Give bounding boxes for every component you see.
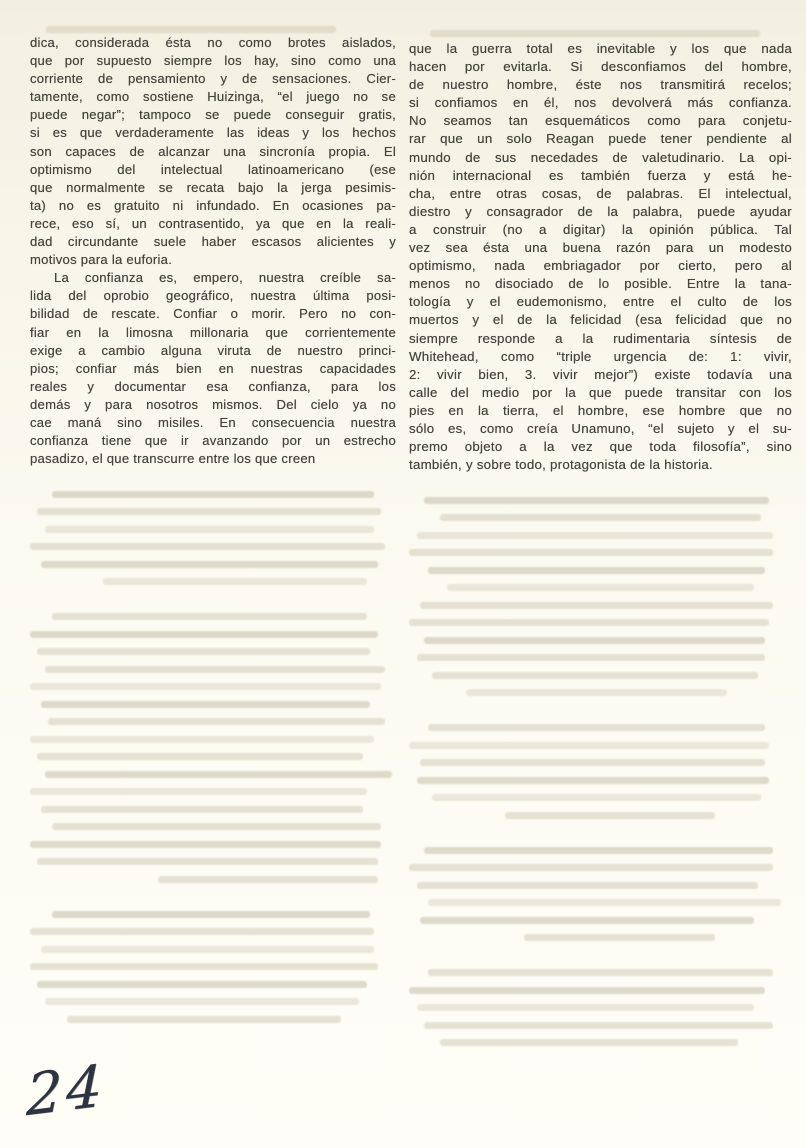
bleed-through-line	[30, 555, 396, 573]
text-line: pasadizo, el que transcurre entre los qu…	[30, 450, 396, 468]
left-bleed-through-block	[30, 485, 396, 1028]
bleed-through-line	[30, 503, 396, 521]
bleed-through-line	[30, 538, 396, 556]
bleed-through-line	[30, 678, 396, 696]
bleed-through-line	[409, 1016, 792, 1034]
bleed-through-line	[30, 748, 396, 766]
bleed-through-line	[409, 789, 792, 807]
bleed-through-line	[30, 765, 396, 783]
bleed-through-line	[409, 964, 792, 982]
text-line: motivos para la euforia.	[30, 251, 396, 269]
text-line: también, y sobre todo, protagonista de l…	[409, 456, 792, 474]
bleed-through-line	[409, 981, 792, 999]
text-line: mundo de sus necedades de valetudinario.…	[409, 149, 792, 167]
bleed-through-line	[46, 26, 336, 33]
right-column-text: que la guerra total es inevitable y los …	[409, 40, 792, 474]
bleed-through-line	[409, 526, 792, 544]
bleed-through-line	[30, 818, 396, 836]
text-line: 2: vivir bien, 3. vivir mejor”) existe t…	[409, 366, 792, 384]
bleed-through-line	[409, 649, 792, 667]
bleed-through-line	[30, 660, 396, 678]
bleed-through-line	[409, 929, 792, 947]
bleed-through-line	[30, 730, 396, 748]
bleed-through-line	[409, 911, 792, 929]
text-line: rece, eso sí, un contrasentido, ya que e…	[30, 215, 396, 233]
two-column-text: dica, considerada ésta no como brotes ai…	[0, 0, 806, 1051]
bleed-through-line	[30, 940, 396, 958]
bleed-through-gap	[30, 590, 396, 608]
right-bleed-through-block	[409, 491, 792, 1051]
bleed-through-line	[409, 859, 792, 877]
bleed-through-line	[409, 876, 792, 894]
bleed-through-line	[409, 666, 792, 684]
text-line: diestro y consagrador de la palabra, pue…	[409, 203, 792, 221]
bleed-through-line	[409, 806, 792, 824]
bleed-through-line	[409, 736, 792, 754]
bleed-through-line	[30, 608, 396, 626]
bleed-through-line	[30, 853, 396, 871]
text-line: La confianza es, empero, nuestra creíble…	[30, 269, 396, 287]
text-line: tología y el eudemonismo, entre el culto…	[409, 293, 792, 311]
handwritten-page-number: 24	[26, 1053, 107, 1129]
bleed-through-line	[30, 1010, 396, 1028]
right-column: que la guerra total es inevitable y los …	[409, 40, 792, 1051]
text-line: si confiamos en él, nos devolverá más co…	[409, 94, 792, 112]
bleed-through-line	[30, 835, 396, 853]
text-line: a construir (no a digitar) la opinión pú…	[409, 221, 792, 239]
text-line: reales y documentar esa confianza, para …	[30, 378, 396, 396]
text-line: No seamos tan esquemáticos como para con…	[409, 112, 792, 130]
bleed-through-line	[30, 905, 396, 923]
bleed-through-line	[409, 999, 792, 1017]
bleed-through-line	[409, 894, 792, 912]
bleed-through-line	[30, 485, 396, 503]
bleed-through-line	[409, 614, 792, 632]
bleed-through-gap	[409, 946, 792, 964]
text-line: menos no disociado de lo posible. Entre …	[409, 275, 792, 293]
text-line: rar que un solo Reagan puede tener pendi…	[409, 130, 792, 148]
text-line: demás y para nosotros mismos. Del cielo …	[30, 396, 396, 414]
bleed-through-line	[30, 520, 396, 538]
text-line: que por supuesto siempre los hay, sino c…	[30, 52, 396, 70]
bleed-through-line	[409, 631, 792, 649]
text-line: siempre responde a la rudimentaria sínte…	[409, 330, 792, 348]
text-line: lida del oprobio geográfico, nuestra últ…	[30, 287, 396, 305]
text-line: cae maná sino misiles. En consecuencia n…	[30, 414, 396, 432]
text-line: premo objeto a la vez que toda filosofía…	[409, 438, 792, 456]
bleed-through-line	[409, 754, 792, 772]
text-line: bilidad de rescate. Confiar o morir. Per…	[30, 305, 396, 323]
text-line: pies en la tierra, el hombre, ese hombre…	[409, 402, 792, 420]
bleed-through-line	[30, 713, 396, 731]
text-line: cha, entre otras cosas, de palabras. El …	[409, 185, 792, 203]
text-line: dica, considerada ésta no como brotes ai…	[30, 34, 396, 52]
scanned-document-page: dica, considerada ésta no como brotes ai…	[0, 0, 806, 1148]
left-column-text: dica, considerada ésta no como brotes ai…	[30, 34, 396, 468]
bleed-through-line	[409, 771, 792, 789]
text-line: puede negar”; tampoco se puede conseguir…	[30, 106, 396, 124]
text-line: vez sea ésta una buena razón para un mod…	[409, 239, 792, 257]
text-line: exige a cambio alguna viruta de nuestro …	[30, 342, 396, 360]
text-line: que normalmente se recata bajo la jerga …	[30, 179, 396, 197]
bleed-through-gap	[409, 824, 792, 842]
bleed-through-line	[409, 561, 792, 579]
text-line: optimismo del intelectual latinoamerican…	[30, 161, 396, 179]
bleed-through-line	[30, 958, 396, 976]
bleed-through-line	[409, 596, 792, 614]
text-line: fiar en la limosna millonaria que corrie…	[30, 324, 396, 342]
bleed-through-line	[409, 684, 792, 702]
bleed-through-line	[30, 643, 396, 661]
text-line: tamente, como sostiene Huizinga, “el jue…	[30, 88, 396, 106]
bleed-through-line	[30, 783, 396, 801]
text-line: ta) no es gratuito ni infundado. En ocas…	[30, 197, 396, 215]
text-line: de nuestro hombre, éste nos transmitirá …	[409, 76, 792, 94]
bleed-through-line	[30, 923, 396, 941]
bleed-through-line	[30, 625, 396, 643]
text-line: nión internacional es también fuerza y e…	[409, 167, 792, 185]
text-line: son capaces de alcanzar una sincronía pr…	[30, 143, 396, 161]
bleed-through-line	[30, 695, 396, 713]
bleed-through-line	[30, 800, 396, 818]
bleed-through-line	[30, 573, 396, 591]
text-line: dad circundante suele haber escasos alic…	[30, 233, 396, 251]
text-line: si es que verdaderamente las ideas y los…	[30, 124, 396, 142]
bleed-through-gap	[30, 888, 396, 906]
bleed-through-line	[409, 841, 792, 859]
bleed-through-gap	[409, 701, 792, 719]
text-line: que la guerra total es inevitable y los …	[409, 40, 792, 58]
bleed-through-line	[409, 1034, 792, 1052]
text-line: calle del medio por la que puede transit…	[409, 384, 792, 402]
text-line: optimismo, nada embriagador por cierto, …	[409, 257, 792, 275]
bleed-through-line	[409, 719, 792, 737]
bleed-through-line	[409, 509, 792, 527]
left-column: dica, considerada ésta no como brotes ai…	[30, 34, 396, 1051]
text-line: Whitehead, como “triple urgencia de: 1: …	[409, 348, 792, 366]
bleed-through-line	[30, 870, 396, 888]
text-line: pios; confiar más bien en nuestras capac…	[30, 360, 396, 378]
text-line: sólo es, como creía Unamuno, “el sujeto …	[409, 420, 792, 438]
bleed-through-line	[30, 975, 396, 993]
text-line: hacen por evitarla. Si desconfiamos del …	[409, 58, 792, 76]
bleed-through-line	[409, 544, 792, 562]
bleed-through-line	[30, 993, 396, 1011]
bleed-through-line	[409, 491, 792, 509]
text-line: confianza tiene que ir avanzando por un …	[30, 432, 396, 450]
text-line: muertos y el de la felicidad (esa felici…	[409, 311, 792, 329]
text-line: corriente de pensamiento y de sensacione…	[30, 70, 396, 88]
bleed-through-line	[409, 579, 792, 597]
bleed-through-line	[430, 30, 760, 37]
